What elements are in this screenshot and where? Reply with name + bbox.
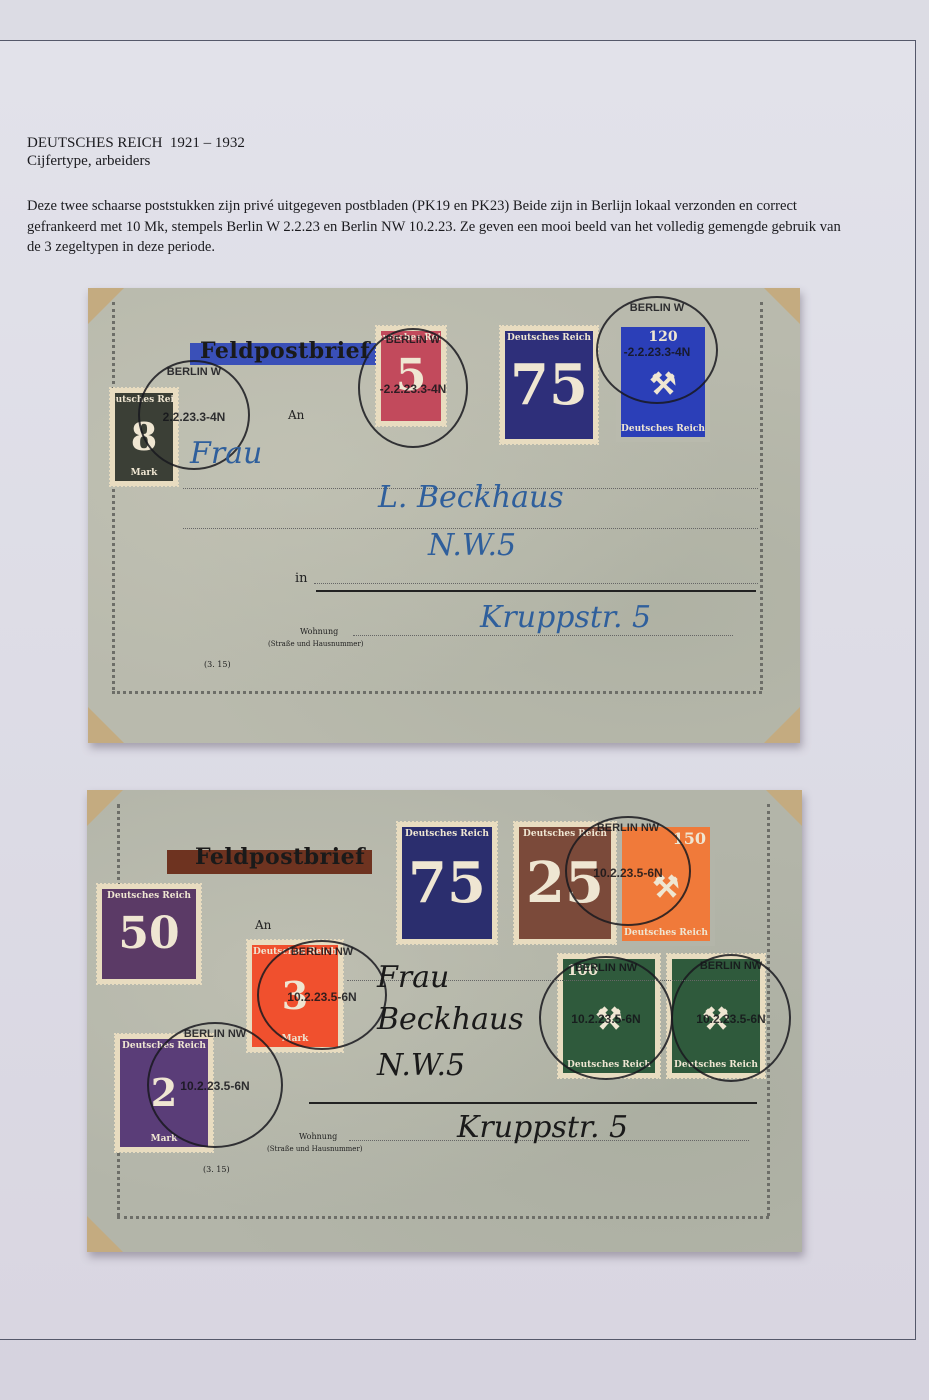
address-handwritten: Frau — [377, 960, 449, 995]
perforation-bottom — [112, 691, 762, 694]
mount-corner — [764, 288, 800, 324]
stamp-50: Deutsches Reich 50 — [97, 884, 201, 984]
stamp-75: Deutsches Reich 75 — [500, 326, 598, 444]
postmark-berlin-w: BERLIN W -2.2.23.3-4N — [358, 328, 468, 448]
mount-corner — [88, 288, 124, 324]
perforation-left — [117, 804, 120, 894]
address-handwritten: Beckhaus — [377, 1002, 524, 1037]
address-handwritten: Kruppstr. 5 — [457, 1110, 628, 1145]
address-handwritten: N.W.5 — [377, 1048, 465, 1083]
mount-corner — [764, 707, 800, 743]
page-description: Deze twee schaarse poststukken zijn priv… — [27, 196, 847, 258]
address-handwritten: N.W.5 — [428, 528, 516, 563]
label-wohnung: Wohnung — [299, 1132, 337, 1141]
postmark-berlin-nw: BERLIN NW 10.2.23.5-6N — [539, 956, 673, 1080]
feldpostbrief-title: Feldpostbrief — [195, 844, 365, 870]
page-heading: DEUTSCHES REICH 1921 – 1932 — [27, 134, 245, 153]
label-an: An — [288, 408, 304, 422]
label-an: An — [255, 918, 271, 932]
postmark-berlin-nw: BERLIN NW 10.2.23.5-6N — [671, 954, 791, 1082]
address-handwritten: Frau — [190, 436, 262, 471]
form-code: (3. 15) — [203, 1165, 230, 1174]
feldpostbrief-title: Feldpostbrief — [200, 338, 370, 364]
label-wohnung-sub: (Straße und Hausnummer) — [267, 1145, 363, 1153]
page-subheading: Cijfertype, arbeiders — [27, 153, 150, 170]
perforation-right — [760, 302, 763, 690]
address-line — [353, 635, 733, 636]
address-handwritten: Kruppstr. 5 — [480, 600, 651, 635]
address-handwritten: L. Beckhaus — [378, 480, 564, 515]
letter-card-2: Feldpostbrief Deutsches Reich 75 Deutsch… — [87, 790, 802, 1252]
perforation-left — [112, 302, 115, 690]
letter-card-1: Feldpostbrief Deutsches Reich 8 Mark Deu… — [88, 288, 800, 743]
mount-corner — [87, 1216, 123, 1252]
stamp-75: Deutsches Reich 75 — [397, 822, 497, 944]
label-in: in — [295, 571, 308, 586]
perforation-bottom — [117, 1216, 769, 1219]
mount-corner — [88, 707, 124, 743]
address-line — [314, 583, 758, 584]
mount-corner — [766, 790, 802, 826]
label-wohnung: Wohnung — [300, 627, 338, 636]
postmark-berlin-nw: BERLIN NW 10.2.23.5-6N — [565, 816, 691, 926]
address-rule — [309, 1102, 757, 1104]
form-code: (3. 15) — [204, 660, 231, 669]
postmark-berlin-nw: BERLIN NW 10.2.23.5-6N — [147, 1022, 283, 1148]
address-rule — [316, 590, 756, 592]
postmark-berlin-w: BERLIN W -2.2.23.3-4N — [596, 296, 718, 404]
label-wohnung-sub: (Straße und Hausnummer) — [268, 640, 364, 648]
